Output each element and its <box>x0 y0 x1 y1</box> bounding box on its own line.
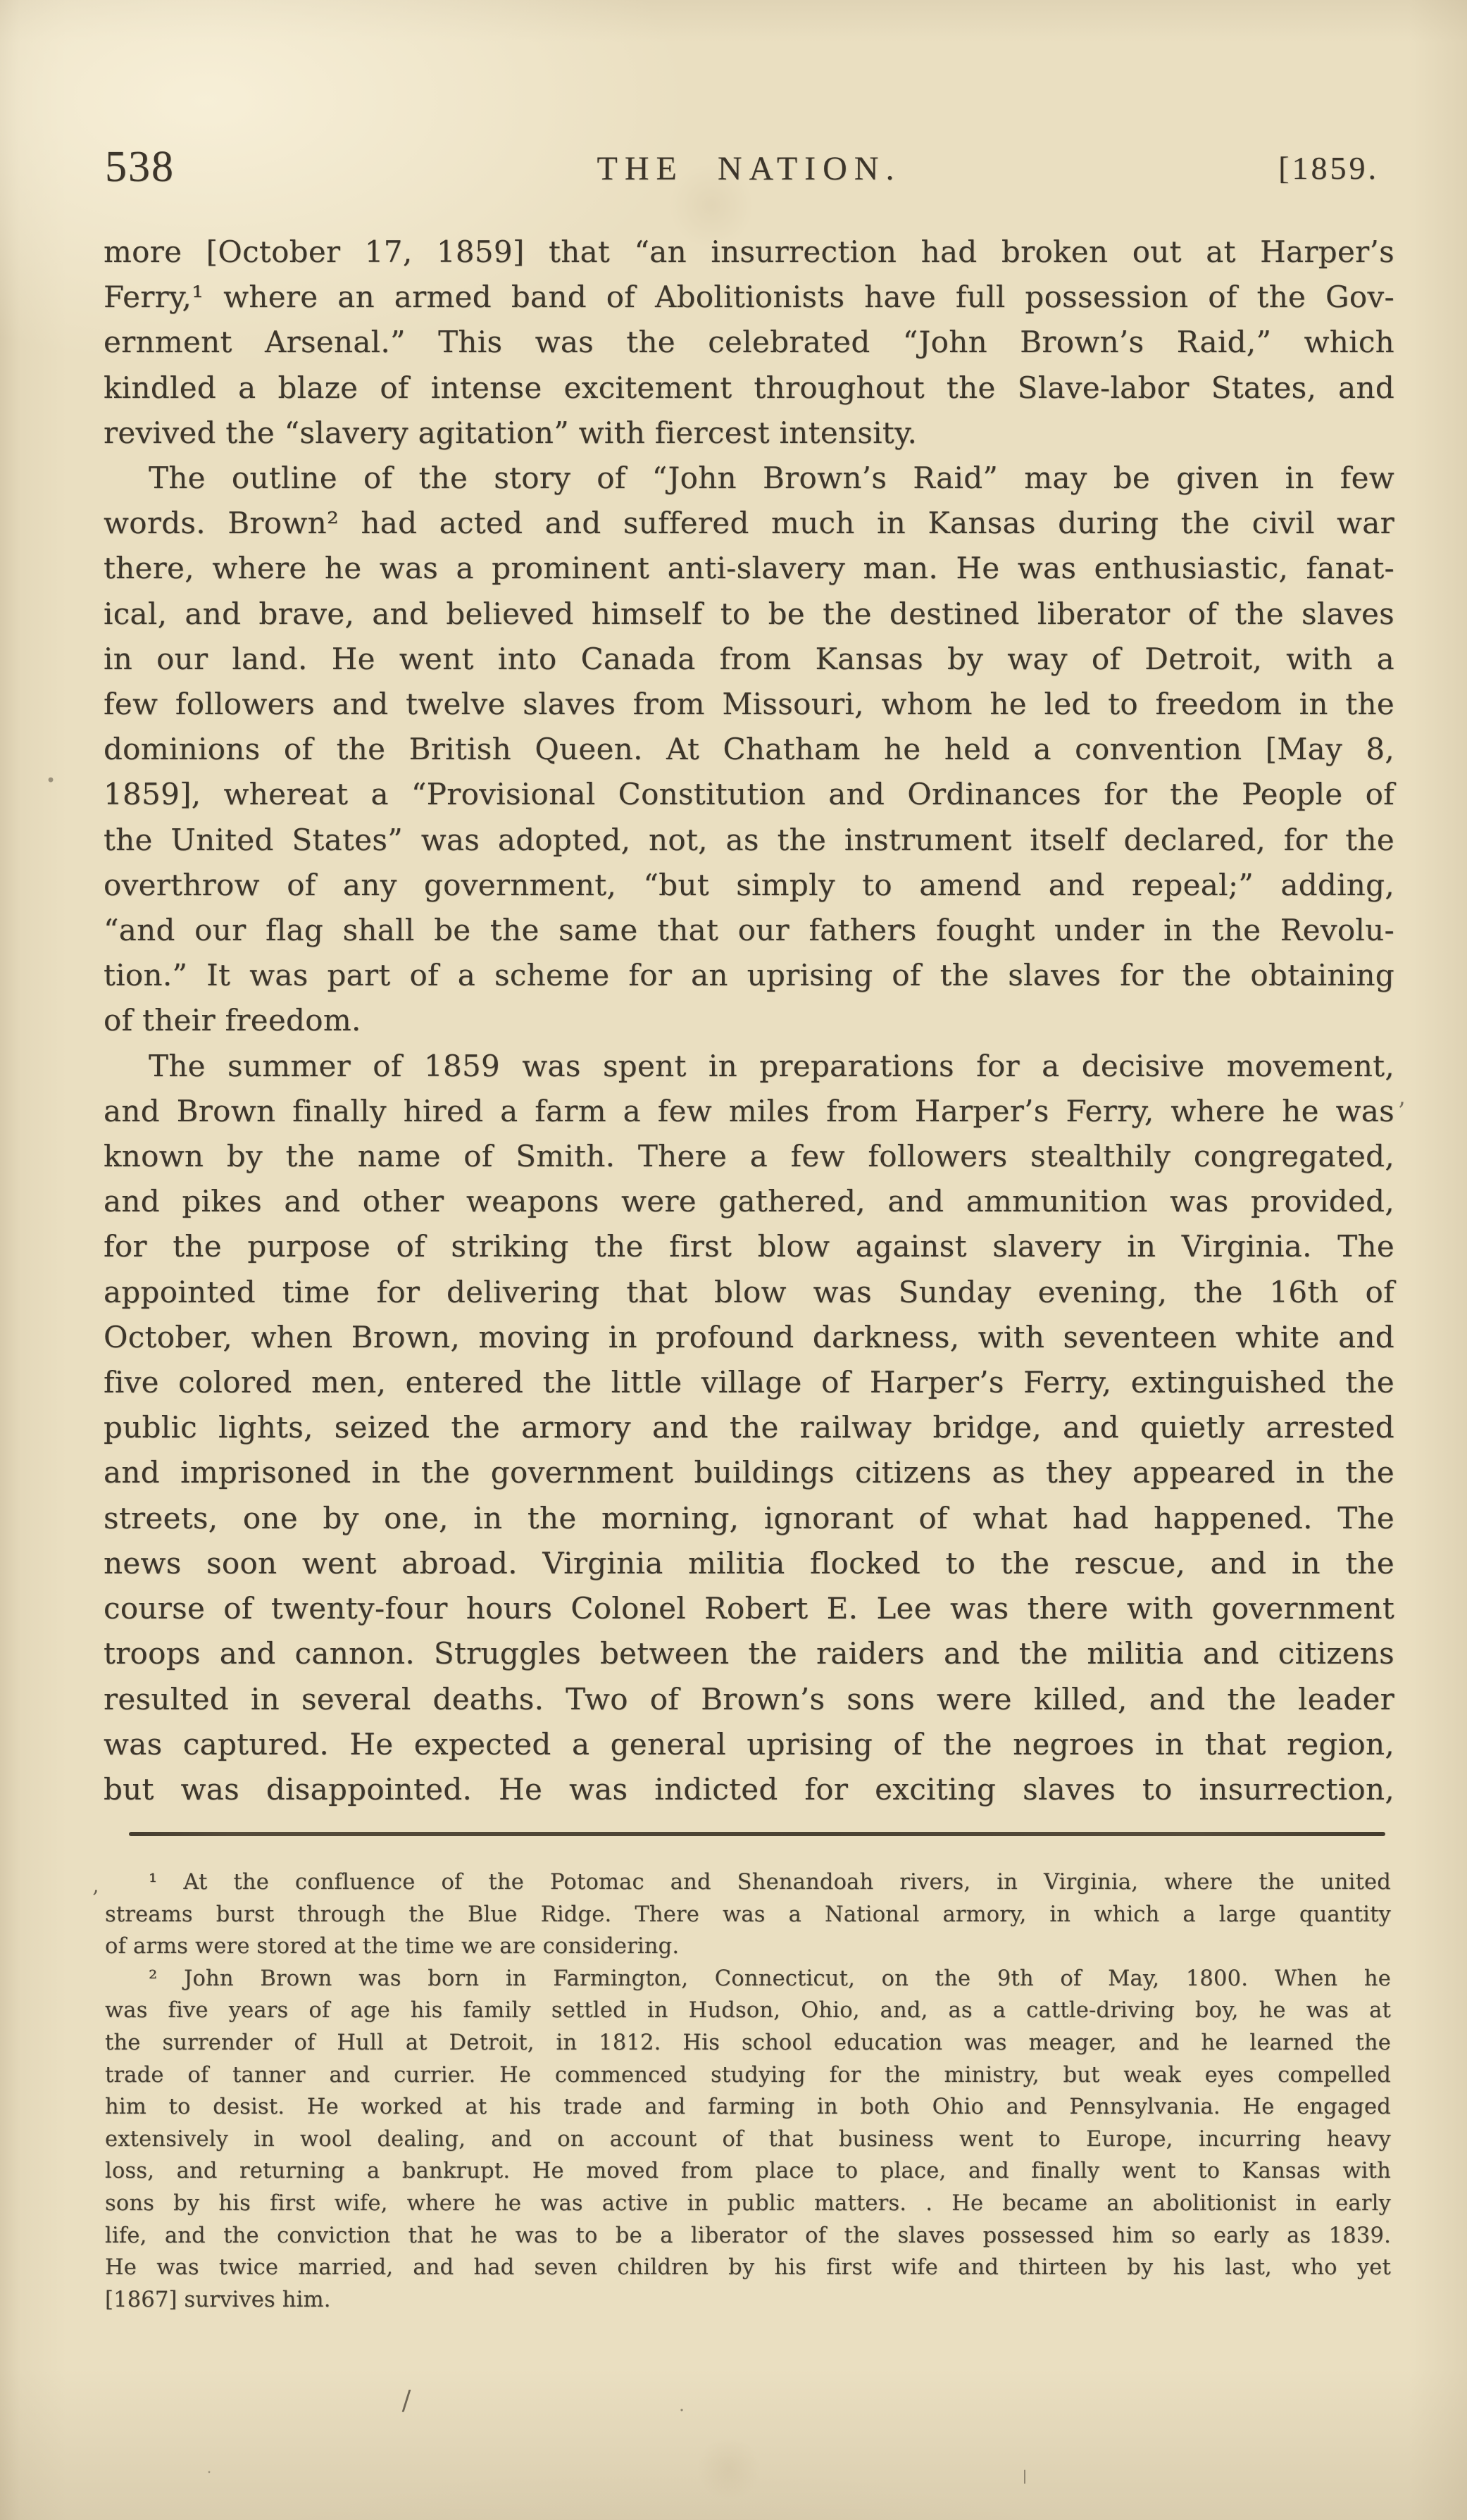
body-line: was captured. He expected a general upri… <box>104 1722 1394 1767</box>
footnote-line: the surrender of Hull at Detroit, in 181… <box>105 2027 1391 2059</box>
body-line: dominions of the British Queen. At Chath… <box>104 727 1394 772</box>
body-line: the United States” was adopted, not, as … <box>104 818 1394 863</box>
body-line: October, when Brown, moving in profound … <box>104 1315 1394 1360</box>
body-line: and imprisoned in the government buildin… <box>104 1450 1394 1495</box>
scan-artifact: / <box>402 2387 411 2414</box>
body-line: but was disappointed. He was indicted fo… <box>104 1767 1394 1812</box>
body-line: The summer of 1859 was spent in preparat… <box>104 1044 1394 1089</box>
footnote-line: sons by his first wife, where he was act… <box>105 2188 1391 2220</box>
footnote-line: He was twice married, and had seven chil… <box>105 2252 1391 2284</box>
body-line: ernment Arsenal.” This was the celebrate… <box>104 320 1394 365</box>
body-line: news soon went abroad. Virginia militia … <box>104 1541 1394 1586</box>
body-line: there, where he was a prominent anti-sla… <box>104 546 1394 591</box>
footnote-line: of arms were stored at the time we are c… <box>105 1930 1391 1963</box>
body-line: streets, one by one, in the morning, ign… <box>104 1496 1394 1541</box>
footnote-line: was five years of age his family settled… <box>105 1995 1391 2027</box>
body-line: tion.” It was part of a scheme for an up… <box>104 953 1394 998</box>
body-line: 1859], whereat a “Provisional Constituti… <box>104 772 1394 817</box>
footnote-line: ² John Brown was born in Farmington, Con… <box>105 1963 1391 1995</box>
footnote-line: life, and the conviction that he was to … <box>105 2220 1391 2252</box>
footnote-line: streams burst through the Blue Ridge. Th… <box>105 1899 1391 1931</box>
footnotes: ¹ At the confluence of the Potomac and S… <box>105 1866 1391 2316</box>
body-text: more [October 17, 1859] that “an insurre… <box>104 230 1394 1812</box>
body-line: kindled a blaze of intense excitement th… <box>104 366 1394 411</box>
page-header: 538 THE NATION. [1859. <box>104 145 1394 194</box>
body-line: Ferry,¹ where an armed band of Abolition… <box>104 275 1394 320</box>
scan-artifact: ’ <box>1398 1099 1406 1123</box>
body-line: in our land. He went into Canada from Ka… <box>104 637 1394 682</box>
body-line: known by the name of Smith. There a few … <box>104 1134 1394 1179</box>
footnote-separator <box>129 1832 1385 1836</box>
footnote-line: ¹ At the confluence of the Potomac and S… <box>105 1866 1391 1899</box>
footnote-line: him to desist. He worked at his trade an… <box>105 2091 1391 2123</box>
scan-artifact: | <box>1023 2469 1028 2483</box>
running-title: THE NATION. <box>104 152 1394 186</box>
body-line: of their freedom. <box>104 998 1394 1043</box>
footnote-line: extensively in wool dealing, and on acco… <box>105 2123 1391 2156</box>
footnote-line: [1867] survives him. <box>105 2284 1391 2316</box>
body-line: resulted in several deaths. Two of Brown… <box>104 1677 1394 1722</box>
scan-artifact: , <box>92 1876 99 1897</box>
body-line: words. Brown² had acted and suffered muc… <box>104 501 1394 546</box>
body-line: more [October 17, 1859] that “an insurre… <box>104 230 1394 275</box>
scan-artifact: . <box>207 2461 212 2476</box>
body-line: overthrow of any government, “but simply… <box>104 863 1394 908</box>
body-line: few followers and twelve slaves from Mis… <box>104 682 1394 727</box>
body-line: revived the “slavery agitation” with fie… <box>104 411 1394 456</box>
body-line: and pikes and other weapons were gathere… <box>104 1179 1394 1224</box>
body-line: troops and cannon. Struggles between the… <box>104 1631 1394 1676</box>
body-line: public lights, seized the armory and the… <box>104 1405 1394 1450</box>
footnote-line: trade of tanner and currier. He commence… <box>105 2059 1391 2092</box>
scan-artifact: ● <box>48 778 54 784</box>
year-marker: [1859. <box>1278 151 1379 186</box>
body-line: ical, and brave, and believed himself to… <box>104 592 1394 637</box>
body-line: course of twenty-four hours Colonel Robe… <box>104 1586 1394 1631</box>
book-page: 538 THE NATION. [1859. more [October 17,… <box>0 0 1467 2520</box>
body-line: The outline of the story of “John Brown’… <box>104 456 1394 501</box>
body-line: and Brown finally hired a farm a few mil… <box>104 1089 1394 1134</box>
body-line: for the purpose of striking the first bl… <box>104 1224 1394 1269</box>
body-line: five colored men, entered the little vil… <box>104 1360 1394 1405</box>
body-line: appointed time for delivering that blow … <box>104 1270 1394 1315</box>
body-line: “and our flag shall be the same that our… <box>104 908 1394 953</box>
scan-artifact: . <box>679 2396 685 2414</box>
footnote-line: loss, and returning a bankrupt. He moved… <box>105 2155 1391 2188</box>
